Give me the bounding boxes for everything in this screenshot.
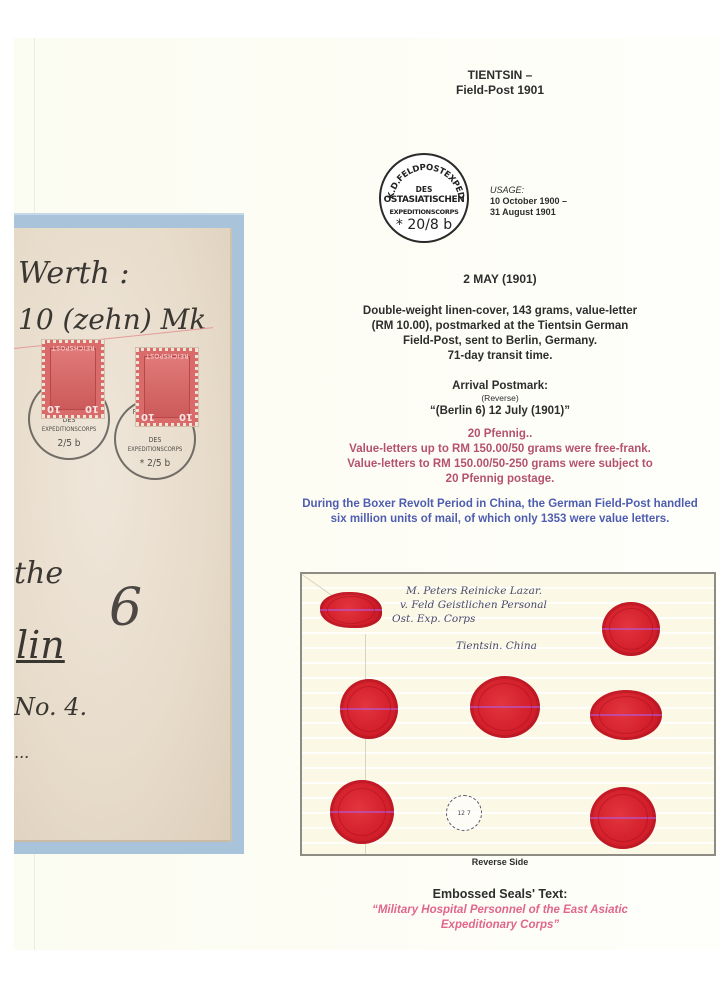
cover-script-line: No. 4. (14, 693, 87, 721)
cover-description: Double-weight linen-cover, 143 grams, va… (290, 304, 710, 364)
wax-seal (590, 787, 656, 849)
wax-seal (320, 592, 382, 628)
sender-line: M. Peters Reinicke Lazar. (406, 585, 542, 598)
pencil-mark: 6 (109, 578, 142, 638)
cover-script-line: lin (16, 623, 65, 667)
front-cover-image: Werth : 10 (zehn) Mk FELDPOSTEXP DES EXP… (14, 228, 232, 842)
cover-script-line: the (14, 556, 63, 591)
wax-seal (340, 679, 398, 739)
wax-seal (470, 676, 540, 738)
page-title: TIENTSIN – Field-Post 1901 (290, 68, 710, 98)
stamp-10-pfennig: REICHSPOST 10 10 (136, 348, 198, 426)
usage-period: USAGE: 10 October 1900 – 31 August 1901 (490, 185, 567, 218)
cover-script-line: ... (14, 743, 29, 762)
sender-line: Tientsin. China (456, 640, 537, 653)
cancel-illustration: K.D.FELDPOSTEXPED DES OSTASIATISCHEN EXP… (379, 153, 469, 243)
arrival-postmark-info: Arrival Postmark: (Reverse) “(Berlin 6) … (290, 379, 710, 418)
wax-seal (602, 602, 660, 656)
arrival-postmark: 12 7 (446, 795, 482, 831)
cover-script-line: Werth : (18, 256, 130, 291)
postage-rate-note: 20 Pfennig.. Value-letters up to RM 150.… (290, 427, 710, 487)
seals-text: “Military Hospital Personnel of the East… (290, 903, 710, 933)
sender-line: Ost. Exp. Corps (392, 613, 475, 626)
reverse-side-caption: Reverse Side (290, 857, 710, 867)
sender-line: v. Feld Geistlichen Personal (400, 599, 547, 612)
seals-heading: Embossed Seals' Text: (290, 887, 710, 901)
boxer-revolt-note: During the Boxer Revolt Period in China,… (290, 497, 710, 527)
wax-seal (330, 780, 394, 844)
wax-seal (590, 690, 662, 740)
cover-date: 2 MAY (1901) (290, 272, 710, 286)
stamp-10-pfennig: REICHSPOST 10 10 (42, 340, 104, 418)
